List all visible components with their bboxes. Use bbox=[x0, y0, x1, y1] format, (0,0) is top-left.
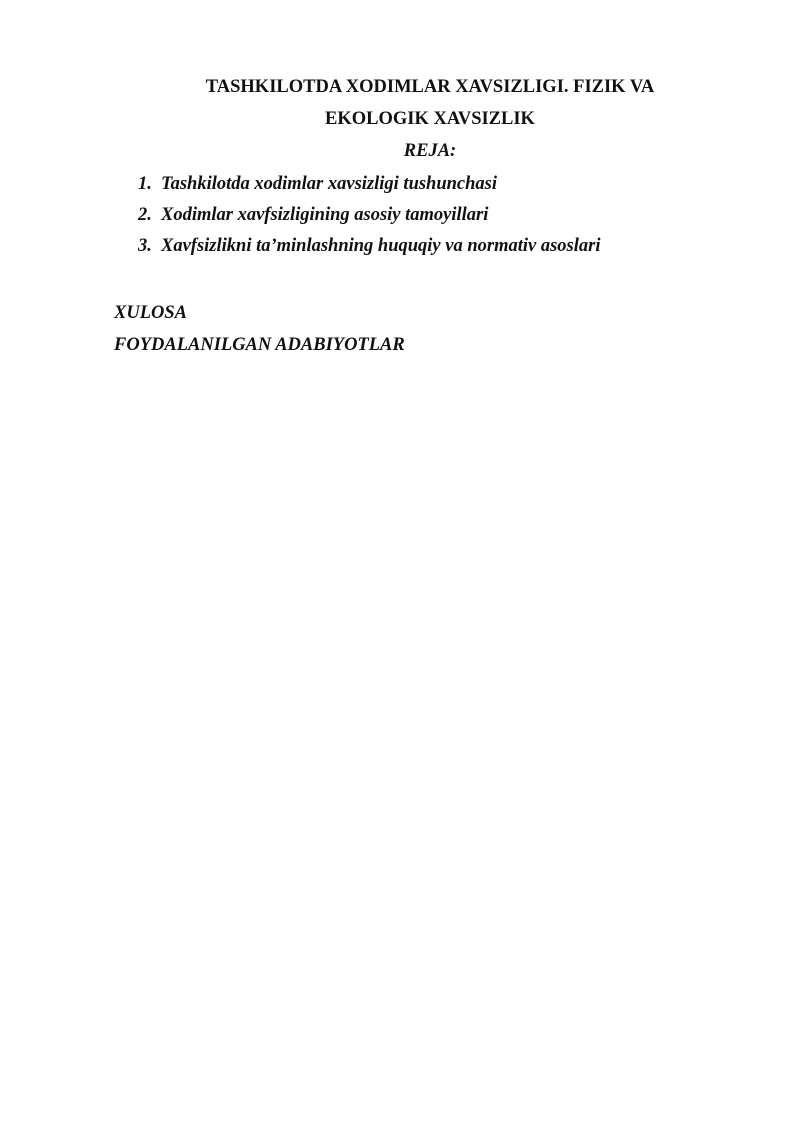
document-title-line-2: EKOLOGIK XAVSIZLIK bbox=[110, 108, 750, 130]
plan-item-number: 1. bbox=[138, 173, 161, 195]
plan-item: 1.Tashkilotda xodimlar xavsizligi tushun… bbox=[138, 173, 600, 204]
document-title-line-1: TASHKILOTDA XODIMLAR XAVSIZLIGI. FIZIK V… bbox=[110, 76, 750, 98]
plan-item: 2.Xodimlar xavfsizligining asosiy tamoyi… bbox=[138, 204, 600, 235]
document-page: TASHKILOTDA XODIMLAR XAVSIZLIGI. FIZIK V… bbox=[0, 0, 800, 1131]
conclusion-heading: XULOSA bbox=[114, 302, 187, 324]
plan-item-number: 3. bbox=[138, 235, 161, 257]
plan-item-text: Tashkilotda xodimlar xavsizligi tushunch… bbox=[161, 174, 497, 194]
references-heading: FOYDALANILGAN ADABIYOTLAR bbox=[114, 334, 405, 356]
plan-list: 1.Tashkilotda xodimlar xavsizligi tushun… bbox=[138, 173, 600, 266]
plan-item: 3.Xavfsizlikni ta’minlashning huquqiy va… bbox=[138, 235, 600, 266]
plan-item-text: Xodimlar xavfsizligining asosiy tamoyill… bbox=[161, 205, 488, 225]
plan-item-number: 2. bbox=[138, 204, 161, 226]
plan-heading: REJA: bbox=[110, 140, 750, 162]
plan-item-text: Xavfsizlikni ta’minlashning huquqiy va n… bbox=[161, 236, 600, 256]
